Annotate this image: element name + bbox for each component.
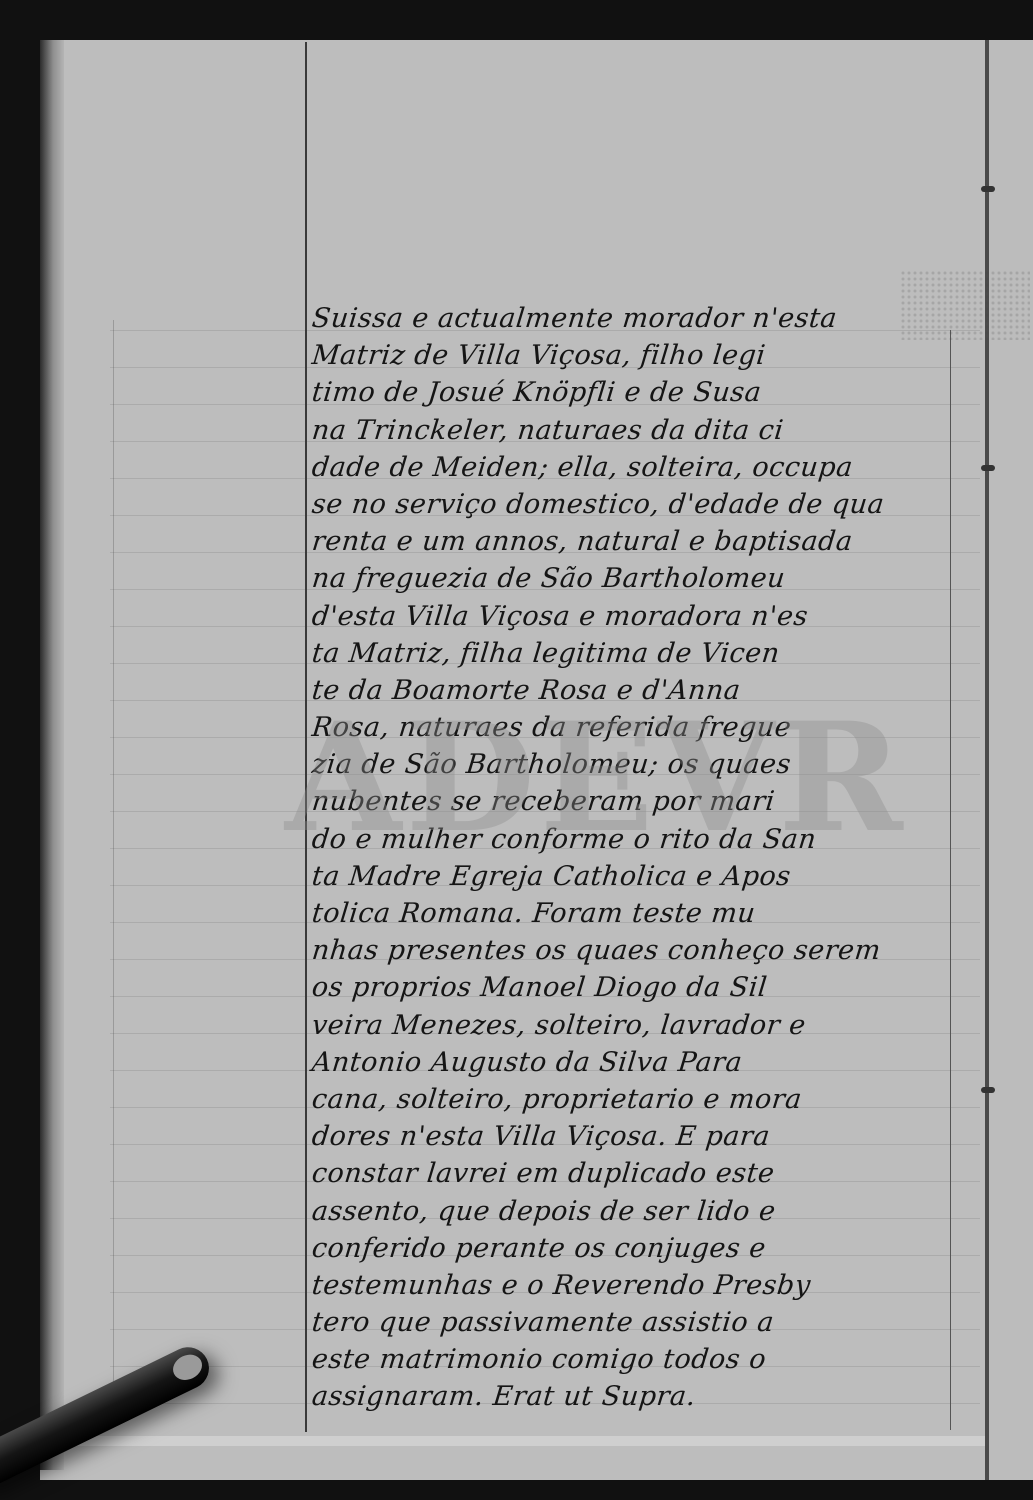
handwritten-entry: Suissa e actualmente morador n'esta Matr… (312, 300, 952, 1416)
text-line: este matrimonio comigo todos o (310, 1341, 954, 1378)
text-line: Rosa, naturaes da referida fregue (310, 709, 954, 746)
text-line: renta e um annos, natural e baptisada (310, 523, 954, 560)
inner-margin-rule (113, 320, 114, 1420)
text-line: do e mulher conforme o rito da San (310, 821, 954, 858)
text-line: testemunhas e o Reverendo Presby (310, 1267, 954, 1304)
book-binding-left (40, 40, 64, 1470)
text-line: constar lavrei em duplicado este (310, 1155, 954, 1192)
page-bottom-edge (40, 1436, 990, 1446)
text-line: assento, que depois de ser lido e (310, 1193, 954, 1230)
text-line: te da Boamorte Rosa e d'Anna (310, 672, 954, 709)
binding-stitch (981, 186, 995, 192)
binding-stitch (981, 465, 995, 471)
text-line: conferido perante os conjuges e (310, 1230, 954, 1267)
bleed-through-text (95, 80, 295, 110)
facing-page-edge (989, 40, 1033, 1480)
text-line: ta Matriz, filha legitima de Vicen (310, 635, 954, 672)
margin-rule (305, 42, 307, 1432)
binding-stitch (981, 1087, 995, 1093)
text-line: Suissa e actualmente morador n'esta (310, 300, 954, 337)
text-line: na Trinckeler, naturaes da dita ci (310, 412, 954, 449)
text-line: dade de Meiden; ella, solteira, occupa (310, 449, 954, 486)
text-line: os proprios Manoel Diogo da Sil (310, 969, 954, 1006)
text-line: na freguezia de São Bartholomeu (310, 560, 954, 597)
text-line: nubentes se receberam por mari (310, 783, 954, 820)
text-line: ta Madre Egreja Catholica e Apos (310, 858, 954, 895)
pen-tip (169, 1350, 206, 1385)
text-line: Matriz de Villa Viçosa, filho legi (310, 337, 954, 374)
text-line: zia de São Bartholomeu; os quaes (310, 746, 954, 783)
text-line: tero que passivamente assistio a (310, 1304, 954, 1341)
text-line: dores n'esta Villa Viçosa. E para (310, 1118, 954, 1155)
text-line: tolica Romana. Foram teste mu (310, 895, 954, 932)
text-line: se no serviço domestico, d'edade de qua (310, 486, 954, 523)
text-line: Antonio Augusto da Silva Para (310, 1044, 954, 1081)
text-line: d'esta Villa Viçosa e moradora n'es (310, 598, 954, 635)
text-line: timo de Josué Knöpfli e de Susa (310, 374, 954, 411)
text-line: cana, solteiro, proprietario e mora (310, 1081, 954, 1118)
text-line: nhas presentes os quaes conheço serem (310, 932, 954, 969)
text-line: veira Menezes, solteiro, lavrador e (310, 1007, 954, 1044)
text-line: assignaram. Erat ut Supra. (310, 1378, 954, 1415)
